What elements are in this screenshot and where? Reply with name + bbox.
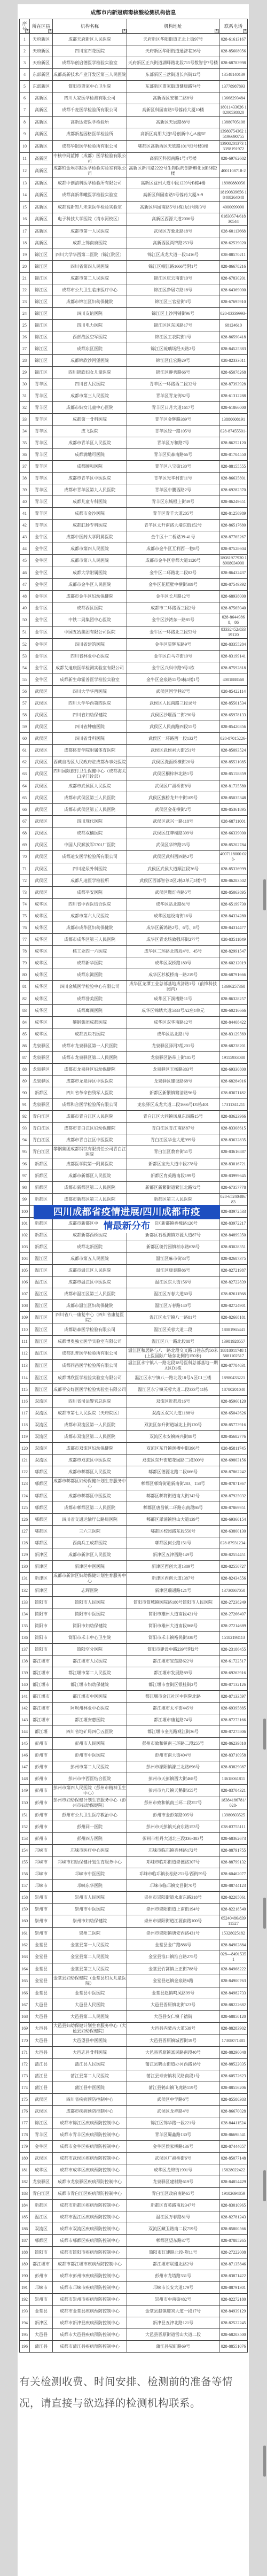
table-row: 66武侯区成都市武侯区第五人民医院武侯区金花横街2号028-85361895 [20, 804, 248, 816]
table-row: 42青羊区成都肛肠专科医院青羊区太升南路大墙东街152号028-86517680 [20, 520, 248, 531]
cell-phone: 028-84900763 [219, 1975, 248, 1987]
cell-phone: 13730867050 [219, 1585, 248, 1597]
cell-address: 温江区万春路140号 [127, 1300, 219, 1312]
cell-phone: 028-61613167 [219, 34, 248, 45]
cell-no: 113 [20, 1360, 30, 1372]
cell-no: 97 [20, 1170, 30, 1182]
scrollbar-thumb[interactable] [263, 2446, 266, 2477]
cell-district: 蒲江县 [30, 2341, 53, 2353]
cell-district: 新都区 [30, 1170, 53, 1182]
cell-name: 成都迪安医学检验所有限公司 [53, 851, 127, 863]
cell-address: 青羊区东城根上街39号 [127, 496, 219, 508]
cell-phone: 028-86678216 [219, 261, 248, 273]
table-row: 169大邑县大邑县妇幼保健计划生育服务中心（大邑县妇幼保健院）大邑县内蒙古大道5… [20, 2023, 248, 2035]
table-row: 94青白江区成都市青白江区中医医院青白江区华金大道999号028-8363283… [20, 1134, 248, 1146]
cell-name: 成都新基因格医学检验所 [53, 128, 127, 141]
cell-phone: 028-69762602 [219, 153, 248, 165]
cell-name: 成都市青羊区疾病预防控制中心 [53, 2129, 127, 2141]
table-row: 91龙泉驿区成都和合医学检验所有限公司龙泉驿区成龙大道二段1666号D1栋401… [20, 1099, 248, 1111]
cell-name: 崇州市人民医院 [53, 1892, 127, 1904]
cell-phone: 028-85336999 [219, 863, 248, 875]
cell-phone: 028-84968222 [219, 1963, 248, 1975]
cell-district: 金牛区 [30, 567, 53, 579]
cell-phone: 028-65978133 [219, 709, 248, 721]
cell-address: 温江区万春大道60号 [127, 1288, 219, 1300]
cell-no: 140 [20, 1679, 30, 1691]
cell-no: 193 [20, 2306, 30, 2317]
table-row: 95青白江区攀钢集团成都钢铁有限责任公司青白江医院青白江区教育街51号028-8… [20, 1146, 248, 1158]
cell-phone: 028-61312288 [219, 390, 248, 402]
filter-dropdown-icon[interactable]: ▼ [48, 29, 52, 33]
cell-phone: 13696257360 [219, 981, 248, 993]
cell-name: 成都东区医院 [53, 343, 127, 355]
cell-name: 四川友谊医院 [53, 308, 127, 320]
cell-no: 39 [20, 484, 30, 496]
table-row: 156邛崃市邛崃市中医医院邛崃市临邛镇长松路251号/西街59号028-6046… [20, 1868, 248, 1880]
filter-dropdown-icon[interactable]: ▼ [215, 29, 219, 33]
cell-address: 新都区斑竹园镇柏水路638号 [127, 1241, 219, 1253]
scrollbar-thumb[interactable] [263, 1719, 266, 1750]
institutions-table: 序号▼所在区县▼机构名称▼机构地址▼联系电话▼ 1天府新区成都天府新区人民医院天… [19, 19, 248, 2353]
cell-phone: 028-83616887 [219, 1146, 248, 1158]
cell-no: 73 [20, 887, 30, 899]
cell-name: 都江堰市人民医院 [53, 1656, 127, 1667]
table-row: 11高新区中核中同蓝博（成都）医学检验有限公司高新区科园南路1号4号楼028-6… [20, 153, 248, 165]
cell-district: 都江堰市 [30, 1667, 53, 1679]
cell-phone: 4001108718-2 [219, 165, 248, 177]
cell-name: 高新达安医学检验所 [53, 117, 127, 128]
cell-district: 新津区 [30, 2317, 53, 2329]
cell-name: 成都和合医学检验所有限公司 [53, 1099, 127, 1111]
scrollbar-thumb[interactable] [263, 879, 266, 910]
cell-name: 简阳市中医医院 [53, 1608, 127, 1620]
cell-district: 郫都区 [30, 1514, 53, 1526]
cell-address: 金牛区星辉东路9号 [127, 639, 219, 651]
cell-name: 成都市金牛区人民医院 [53, 579, 127, 591]
table-row: 71武侯区四川泌尿外科医院武侯区武侯大道顺江段36号028-85336999 [20, 863, 248, 875]
cell-name: 彭州市妇幼保健计划生育服务中心（彭州市妇幼保健院） [53, 1797, 127, 1809]
table-row: 87龙泉驿区成都市龙泉驿区第二人民医院龙泉驿区洛带上街105号191159330… [20, 1052, 248, 1064]
table-row: 90新都区四川省革命伤残军人医院新都区新繁镇繁清路96号028-83071182 [20, 1087, 248, 1099]
cell-phone: 028-88791301 [219, 2282, 248, 2294]
cell-name: 成都北新医院 [53, 1241, 127, 1253]
cell-phone: 028-86635801 [219, 473, 248, 484]
filter-dropdown-icon[interactable]: ▼ [243, 29, 247, 33]
cell-address: 新津区西创大道1389号 [127, 1561, 219, 1573]
cell-name: 成都市新都区第二人民医院 [53, 1182, 127, 1194]
cell-phone: 028-87885265 [219, 2235, 248, 2247]
cell-no: 117 [20, 1407, 30, 1419]
cell-phone: 18011433626 18200538820 [219, 104, 248, 117]
cell-district: 龙泉驿区 [30, 1076, 53, 1087]
cell-district: 金牛区 [30, 614, 53, 626]
cell-district: 金堂县 [30, 1939, 53, 1951]
cell-name: 四川宝石花医院 [53, 45, 127, 57]
cell-name: 邛崃东华医院 [53, 1880, 127, 1892]
table-row: 112温江区成都凯普医学检验所有限公司温江区和居路与八一路北段交叉路口往东约50… [20, 1348, 248, 1360]
column-header-label: 机构名称 [81, 24, 99, 29]
table-row: 43金牛区成都中医药大学附属医院金牛区十二桥路39-41号028-8776526… [20, 531, 248, 543]
cell-name: 都江堰市妇幼保健院 [53, 1679, 127, 1691]
cell-district: 金牛区 [30, 543, 53, 555]
table-row: 108温江区成都市温江区妇幼保健院温江区万春路140号028-82724901 [20, 1300, 248, 1312]
cell-district: 郫都区 [30, 1490, 53, 1502]
cell-no: 28 [20, 355, 30, 367]
cell-no: 15 [20, 202, 30, 213]
cell-phone: 028-83755111 [219, 1821, 248, 1833]
cell-name: 中国人民解放军5701厂医院 [53, 839, 127, 851]
cell-district: 高新区 [30, 202, 53, 213]
cell-address: 彭州市九尺镇天鹅街355号 [127, 1785, 219, 1797]
table-row: 97新都区成都市新都区人民医院新都区育英路南段199号028-83999645 [20, 1170, 248, 1182]
cell-no: 19 [20, 249, 30, 261]
cell-name: 成都市金沙医院 [53, 508, 127, 520]
cell-no: 79 [20, 957, 30, 969]
banner-line1: 四川成都省疫情进展/四川成都市疫 [34, 1205, 220, 1219]
cell-district: 金牛区 [30, 674, 53, 686]
cell-address: 郫都区何公路151号 [127, 1537, 219, 1549]
cell-address: 金牛区十二桥路39-41号 [127, 531, 219, 543]
cell-phone: 028-83710958 [219, 1750, 248, 1761]
cell-address: 成华区站北路81号 [127, 899, 219, 910]
cell-district: 金牛区 [30, 651, 53, 662]
table-row: 175武侯区四川省疾病预防控制中心武侯区中学路6号028-85580303 [20, 2094, 248, 2106]
cell-address: 都江堰市壹街区银桂街2号 [127, 1679, 219, 1691]
cell-address: 高新西区安和二路8号 [127, 92, 219, 104]
cell-no: 75 [20, 910, 30, 922]
table-row: 186双流区成都市双流区疾病预防控制中心双流区藏卫路南二段759号028-858… [20, 2223, 248, 2235]
cell-phone: 028-68850120 [219, 2011, 248, 2023]
cell-no: 59 [20, 721, 30, 733]
cell-district: 温江区 [30, 1384, 53, 1396]
cell-name: 成都市武侯区疾病预防控制中心 [53, 2153, 127, 2164]
cell-district: 高新区 [30, 165, 53, 177]
cell-address: 成都市二环路西三段2号 [127, 602, 219, 614]
cell-phone: 028-60216666 [219, 1005, 248, 1017]
cell-address: 彭州市致和镇南三环二段257号 [127, 1797, 219, 1809]
cell-no: 62 [20, 756, 30, 768]
cell-phone: 028-85773916 [219, 1419, 248, 1431]
cell-address: 成华区建设南街16号 [127, 910, 219, 922]
cell-phone: 028-83972217 [219, 1218, 248, 1229]
table-row: 38青羊区成都市青羊区中医医院青羊区光华村街11号028-86635801 [20, 473, 248, 484]
cell-address: 成华区青龙场致强环街277号 [127, 934, 219, 946]
table-row: 31青羊区成都市第三人民医院青羊区青龙街82号028-61312288 [20, 390, 248, 402]
cell-phone: 028-87925032 [219, 1490, 248, 1502]
table-row: 36青羊区成都满地可医院青羊区贝森南路66号028-81704550 [20, 449, 248, 461]
cell-phone: 028-83016721 [219, 1158, 248, 1170]
cell-address: 大邑县内蒙古大道539号 [127, 2023, 219, 2035]
cell-address: 都江堰市康复路74号 [127, 1714, 219, 1726]
cell-address: 双流区东升镇涧槽中街396号 [127, 1443, 219, 1455]
cell-address: 武侯区广福桥街8号 [127, 780, 219, 792]
table-row: 35青羊区成都市青羊区人民医院青羊区万和路7号028-86252120 [20, 437, 248, 449]
cell-district: 天府新区 [30, 45, 53, 57]
table-row: 149彭州市彭州市第四人民医院（彭州市精神卫生中心）彭州市九尺镇天鹅街355号0… [20, 1785, 248, 1797]
cell-phone: 028-86239810 [219, 1738, 248, 1750]
cell-no: 81 [20, 981, 30, 993]
cell-name: 成都市第七人民医院（天府院区） [53, 1407, 127, 1419]
cell-address: 双流区近都段16号 [127, 1396, 219, 1407]
cell-name: 简阳空分医院 [53, 1644, 127, 1656]
cell-address: 新都区新繁街道繁江北路72号 [127, 1182, 219, 1194]
cell-name: 成都市成华区疾病预防控制中心 [53, 2164, 127, 2176]
cell-phone: 19115933080 [219, 1052, 248, 1064]
cell-no: 85 [20, 1028, 30, 1040]
cell-address: 金牛区金泉路15号6栋1楼1号 [127, 674, 219, 686]
table-row: 74成华区四川省中西医结合医院成华区站北路81号028-65199730 [20, 899, 248, 910]
cell-name: 大邑县妇幼保健计划生育服务中心（大邑县妇幼保健院） [53, 2023, 127, 2035]
cell-name: 蒲江县中医医院 [53, 2082, 127, 2094]
cell-name: 成都市新津县疾病预防控制中心 [53, 2317, 127, 2329]
cell-phone: 028-86432437 [219, 567, 248, 579]
cell-no: 178 [20, 2129, 30, 2141]
cell-district: 天府新区 [30, 34, 53, 45]
cell-no: 139 [20, 1667, 30, 1679]
table-row: 49金牛区成都西区医院成都市二环路西三段2号028-87565040 [20, 602, 248, 614]
cell-district: 彭州市 [30, 1773, 53, 1785]
cell-phone: 028-81735580 [219, 780, 248, 792]
cell-address: 都江堰市发展路89号 [127, 1667, 219, 1679]
page-title: 成都市内新冠病毒核酸检测机构信息 [18, 4, 249, 19]
cell-phone: 028-88290048 [219, 2047, 248, 2059]
cell-name: 四川省司法警官总医院 [53, 1396, 127, 1407]
cell-phone: 028-85158859 [219, 768, 248, 780]
cell-phone: 028-82554451 [219, 1549, 248, 1561]
cell-no: 156 [20, 1868, 30, 1880]
cell-name: 彭州市中西医结合医院 [53, 1773, 127, 1785]
cell-name: 成都五块石医院 [53, 1028, 127, 1040]
cell-phone: 83332452/83319120 [219, 626, 248, 639]
cell-phone: 028-86328257 [219, 993, 248, 1005]
cell-no: 135 [20, 1620, 30, 1632]
cell-district: 锦江区 [30, 331, 53, 343]
table-row: 141都江堰市都江堰市中医医院都江堰市金江社区中医院北路028-87133597 [20, 1691, 248, 1703]
cell-district: 青白江区 [30, 1146, 53, 1158]
cell-name: 电子科技大学医院（清水河校区） [53, 213, 127, 226]
cell-no: 26 [20, 331, 30, 343]
cell-address: 武侯区万象北路18号 [127, 226, 219, 237]
table-row: 57武侯区四川大学华西第四医院武侯区人民南路三段18号028-85501534 [20, 698, 248, 709]
filter-dropdown-icon[interactable]: ▼ [122, 29, 127, 33]
cell-phone: 15828022422 [219, 2164, 248, 2176]
cell-phone: 028-85580303 [219, 2094, 248, 2106]
cell-no: 127 [20, 1526, 30, 1537]
cell-district: 金牛区 [30, 591, 53, 602]
cell-name: 简阳市人民医院 [53, 1597, 127, 1608]
cell-district: 都江堰市 [30, 1691, 53, 1703]
table-row: 139都江堰市都江堰市第二人民医院都江堰市发展路89号028-69263916 [20, 1667, 248, 1679]
cell-address: 青白江区华金大道999号 [127, 1134, 219, 1146]
cell-address: 简阳市建设中路239号附2号 [127, 1644, 219, 1656]
cell-district: 青羊区 [30, 461, 53, 473]
cell-no: 106 [20, 1277, 30, 1288]
cell-no: 24 [20, 308, 30, 320]
cell-address: 金牛区一环路北三段53号 [127, 626, 219, 639]
footer-note: 有关检测收费、时间安排、检测前的准备等情况，请直接与欲选择的检测机构联系。 [19, 2372, 246, 2415]
cell-name: 成都市大邑县疾病预防控制中心 [53, 2329, 127, 2341]
scrollbar-thumb[interactable] [263, 1898, 266, 1929]
table-row: 138都江堰市都江堰市人民医院都江堰市宝莲路622号028-61722517 [20, 1656, 248, 1667]
cell-no: 108 [20, 1300, 30, 1312]
cell-address: 成华区双华南路12号 [127, 1017, 219, 1028]
cell-name: 彭州市公共卫生医疗救治中心 [53, 1809, 127, 1821]
cell-phone: 028-88556206 [219, 2082, 248, 2094]
cell-district: 高新区 [30, 141, 53, 153]
cell-address: 高新区高朋大道5号创新中心A座5F [127, 128, 219, 141]
cell-district: 锦江区 [30, 249, 53, 261]
cell-district: 温江区 [30, 1288, 53, 1300]
cell-phone: 13880608191 [219, 414, 248, 426]
cell-name: 成都市第六人民医院 [53, 910, 127, 922]
cell-no: 49 [20, 602, 30, 614]
table-row: 140都江堰市都江堰市妇幼保健院都江堰市壹街区银桂街2号028-87132126 [20, 1679, 248, 1691]
cell-district: 成华区 [30, 2164, 53, 2176]
cell-no: 94 [20, 1134, 30, 1146]
cell-name: 彭州市第四人民医院（彭州市精神卫生中心） [53, 1785, 127, 1797]
cell-phone: 028-83704321 [219, 1785, 248, 1797]
cell-name: 四川省第四人民医院 [53, 261, 127, 273]
cell-address: 双流区永安镇四兴街88号 [127, 1431, 219, 1443]
institutions-table-wrap: 序号▼所在区县▼机构名称▼机构地址▼联系电话▼ 1天府新区成都天府新区人民医院天… [18, 19, 249, 2353]
cell-no: 137 [20, 1644, 30, 1656]
cell-district: 武侯区 [30, 709, 53, 721]
cell-phone: 028-86449868，86 [219, 614, 248, 626]
cell-address: 双流区藏卫路南二段759号 [127, 2223, 219, 2235]
cell-name: 成都双楠医院 [53, 827, 127, 839]
cell-district: 金牛区 [30, 579, 53, 591]
cell-name: 大邑县人民医院 [53, 1999, 127, 2011]
cell-name: 成都市青白江区疾病预防控制中心 [53, 2188, 127, 2200]
cell-phone: 028-82611568 [219, 1288, 248, 1300]
cell-address: 锦江区净居寺路18号 [127, 284, 219, 296]
cell-no: 11 [20, 153, 30, 165]
cell-no: 111 [20, 1336, 30, 1348]
cell-district: 高新区 [30, 189, 53, 202]
cell-no: 44 [20, 543, 30, 555]
table-row: 185温江区成都市温江区疾病预防控制中心温江区万春路81号028-8278124… [20, 2211, 248, 2223]
cell-no: 165 [20, 1975, 30, 1987]
table-row: 54金牛区成都艾迪康医学检测实验室有限公司金牛区兴科中路9号1栋028-8759… [20, 662, 248, 674]
cell-district: 都江堰市 [30, 1714, 53, 1726]
cell-no: 176 [20, 2106, 30, 2117]
table-row: 161崇州市崇州二医院崇州市崇阳镇唐安西路431号15328025182 [20, 1928, 248, 1939]
table-row: 165金堂县金堂县妇幼保健院（金堂县妇女儿童医院）金堂县赵镇金泉路6路028-8… [20, 1975, 248, 1987]
cell-district: 双流区 [30, 1419, 53, 1431]
cell-name: 邛崃市妇幼保健计划生育服务中心 [53, 1856, 127, 1868]
cell-name: 成都上锦南府医院 [53, 237, 127, 249]
table-row: 166金堂县金堂县中医医院金堂县赵镇鸣凤路99号028-84982733 [20, 1987, 248, 1999]
cell-address: 天府新区华阳街道通济巷26号 [127, 45, 219, 57]
cell-district: 温江区 [30, 1336, 53, 1348]
cell-address: 都江堰市宝莲路622号 [127, 1656, 219, 1667]
table-row: 7高新区成都千麦医学检验所有限公司高新区科园南路5号蓉药大厦10楼1801143… [20, 104, 248, 117]
cell-district: 武侯区 [30, 839, 53, 851]
cell-district: 简阳市 [30, 1644, 53, 1656]
table-row: 176武侯区成都市疾病预防控制中心武侯区龙祥路4号028-86670028 [20, 2106, 248, 2117]
cell-phone: 028-82434556 [219, 1573, 248, 1585]
cell-name: 成都市新津区妇幼保健计划生育服务中心 [53, 1573, 127, 1585]
cell-phone: 028-83071182 [219, 1087, 248, 1099]
cell-no: 7 [20, 104, 30, 117]
cell-district: 崇州市 [30, 1904, 53, 1915]
scrollbar-thumb[interactable] [263, 2170, 266, 2201]
cell-no: 77 [20, 934, 30, 946]
table-row: 77成华区成都市成华区第三人民医院成华区青龙场致强环街277号028-83511… [20, 934, 248, 946]
filter-dropdown-icon[interactable]: ▼ [25, 29, 29, 33]
cell-phone: 028-88799132 [219, 1856, 248, 1868]
cell-no: 196 [20, 2341, 30, 2353]
cell-name: 中核中同蓝博（成都）医学检验有限公司 [53, 153, 127, 165]
cell-no: 10 [20, 141, 30, 153]
cell-address: 崇州市崇阳镇唐安西路431号 [127, 1928, 219, 1939]
table-row: 80成华区成都东篱医院成华区杉板桥南一路219号028-68791666 [20, 969, 248, 981]
cell-district: 青羊区 [30, 437, 53, 449]
cell-phone: 028-87565040 [219, 602, 248, 614]
cell-district: 金牛区 [30, 2141, 53, 2153]
cell-name: 成都市青白江区人民医院 [53, 1111, 127, 1123]
cell-phone: 028-67695910 [219, 296, 248, 308]
table-row: 10高新区成都华银医学检验所有限公司郫都区高新西区天欣路101号3号楼3楼139… [20, 141, 248, 153]
cell-no: 80 [20, 969, 30, 981]
cell-phone: 19102694859 [219, 2188, 248, 2200]
cell-no: 114 [20, 1372, 30, 1384]
cell-district: 彭州市 [30, 1809, 53, 1821]
cell-name: 成都高新知几未来医学检验实验室 [53, 202, 127, 213]
cell-address: 龙泉驿区洛带上街105号 [127, 1052, 219, 1064]
cell-district: 大邑县 [30, 2047, 53, 2059]
cell-no: 104 [20, 1253, 30, 1265]
cell-phone: 028-88744123 [219, 1880, 248, 1892]
cell-address: 彭州市濛阳镇濛三北路696号 [127, 1761, 219, 1773]
cell-no: 158 [20, 1892, 30, 1904]
cell-phone: 028-67830201 [219, 273, 248, 284]
cell-district: 锦江区 [30, 261, 53, 273]
cell-phone: 028-86698541 [219, 2129, 248, 2141]
table-row: 78成华区核工业四一六医院成华区二环路北四段4号、45号028-82991547 [20, 946, 248, 957]
document-page: 成都市内新冠病毒核酸检测机构信息 序号▼所在区县▼机构名称▼机构地址▼联系电话▼… [18, 4, 249, 2576]
cell-address: 青羊区青龙街82号 [127, 390, 219, 402]
banner-overlay: 四川成都省疫情进展/四川成都市疫 情最新分布 [34, 1205, 220, 1233]
cell-address: 天府新区华阳街道正北上街97号 [127, 34, 219, 45]
cell-name: 成都市青羊区中医医院 [53, 473, 127, 484]
cell-address: 龙泉驿区建材路619号 [127, 2176, 219, 2188]
table-row: 22锦江区成都市公共卫生临床医疗中心锦江区净居寺路18号028-64369000 [20, 284, 248, 296]
cell-phone: 028-82991547 [219, 946, 248, 957]
cell-name: 成都市温江区疾病预防控制中心 [53, 2211, 127, 2223]
cell-phone: 028-87273166 [219, 1714, 248, 1726]
cell-district: 温江区 [30, 1324, 53, 1336]
cell-no: 93 [20, 1123, 30, 1134]
table-row: 6高新区四川大家医学检测有限公司高新西区安和二路8号13668293484 [20, 92, 248, 104]
cell-phone: 028-84525383 [219, 343, 248, 355]
cell-no: 71 [20, 863, 30, 875]
cell-address: 大邑县晋原镇富民路南段40号 [127, 2047, 219, 2059]
table-row: 192崇州市成都市崇州市疾病预防控制中心崇州市中南街482号028-822721… [20, 2294, 248, 2306]
cell-name: 成都市妇女儿童中心医院 [53, 402, 127, 414]
cell-name: 四川省肿瘤医院 [53, 721, 127, 733]
cell-phone: 028-82550727 [219, 1561, 248, 1573]
cell-address: 青白江区政府南路65号 [127, 2188, 219, 2200]
cell-no: 4 [20, 69, 30, 81]
cell-phone: 028-87592818 [219, 662, 248, 674]
cell-phone: 65240486/83911527 [219, 1915, 248, 1928]
cell-no: 134 [20, 1608, 30, 1620]
cell-phone: 028-65078268 [219, 367, 248, 378]
cell-address: 金牛区二环路北二段82号 [127, 567, 219, 579]
cell-no: 2 [20, 45, 30, 57]
cell-phone: 028-88222682 [219, 1999, 248, 2011]
